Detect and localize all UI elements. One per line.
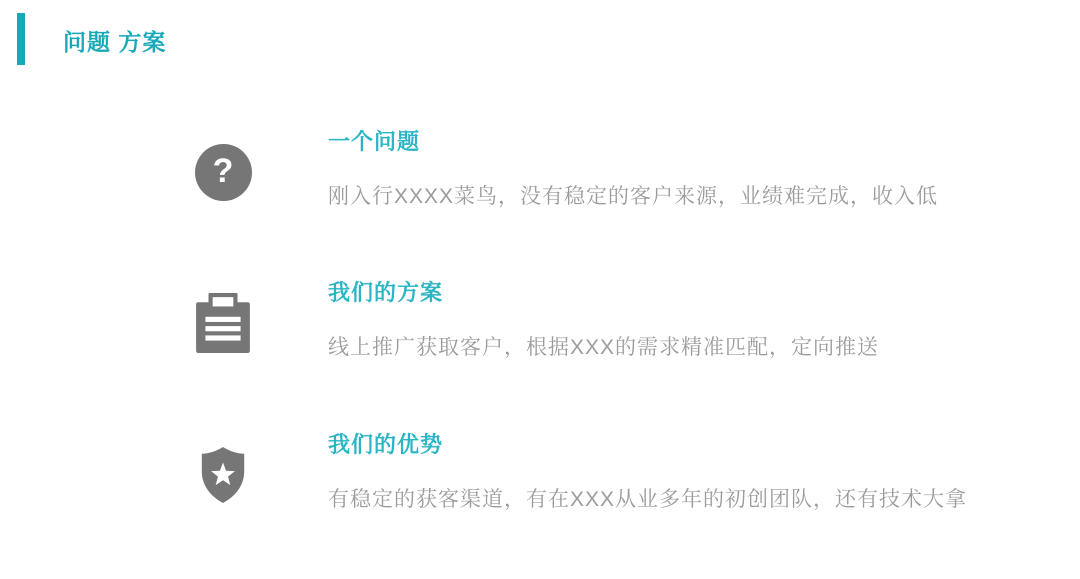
section-solution: 我们的方案 线上推广获取客户，根据XXX的需求精准匹配，定向推送 — [0, 281, 1080, 401]
section-body: 刚入行XXXX菜鸟，没有稳定的客户来源，业绩难完成，收入低 — [328, 185, 1028, 209]
section-advantage-content: 我们的优势 有稳定的获客渠道，有在XXX从业多年的初创团队，还有技术大拿 — [328, 433, 1028, 512]
section-advantage: 我们的优势 有稳定的获客渠道，有在XXX从业多年的初创团队，还有技术大拿 — [0, 433, 1080, 553]
section-body: 有稳定的获客渠道，有在XXX从业多年的初创团队，还有技术大拿 — [328, 488, 1028, 512]
section-heading: 一个问题 — [328, 130, 1028, 154]
section-question-content: 一个问题 刚入行XXXX菜鸟，没有稳定的客户来源，业绩难完成，收入低 — [328, 130, 1028, 209]
section-heading: 我们的优势 — [328, 433, 1028, 457]
clipboard-icon — [194, 293, 252, 353]
section-body: 线上推广获取客户，根据XXX的需求精准匹配，定向推送 — [328, 336, 1028, 360]
page-title: 问题 方案 — [63, 24, 166, 57]
section-solution-content: 我们的方案 线上推广获取客户，根据XXX的需求精准匹配，定向推送 — [328, 281, 1028, 360]
section-heading: 我们的方案 — [328, 281, 1028, 305]
section-question: ? 一个问题 刚入行XXXX菜鸟，没有稳定的客户来源，业绩难完成，收入低 — [0, 130, 1080, 250]
shield-star-icon — [194, 445, 252, 505]
question-mark-glyph: ? — [195, 144, 252, 201]
question-mark-icon: ? — [194, 142, 252, 202]
slide: 问题 方案 ? 一个问题 刚入行XXXX菜鸟，没有稳定的客户来源，业绩难完成，收… — [0, 0, 1080, 579]
title-accent-bar — [17, 13, 25, 65]
